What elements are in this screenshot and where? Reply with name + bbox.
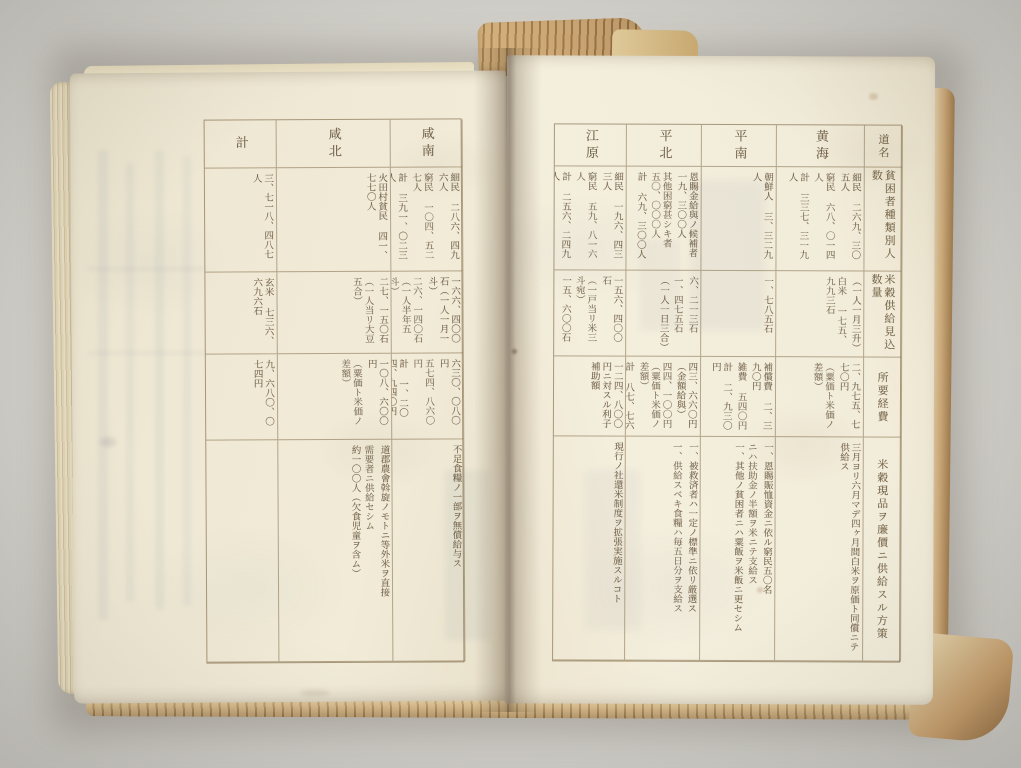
- row-header-cost: 所要経費: [864, 357, 902, 437]
- text-line: 一、供給スベキ食糧ハ毎五日分ヲ支給ス: [670, 442, 682, 655]
- row-header-population: 貧困者種類別人数: [864, 167, 902, 271]
- row-header-label: 米穀供給見込数量: [870, 273, 896, 355]
- text-line: 計 二、九三〇円: [708, 362, 732, 431]
- cell-pyeongnam-supply: 一、七八五石: [701, 271, 776, 357]
- row-header-policy: 米穀現品ヲ廉價ニ供給スル方策: [863, 437, 902, 661]
- cell-text: 細民 二八六、四九六人窮民 一〇四、五二七人計 三九一、〇二三人: [391, 167, 463, 270]
- text-line: （一人当リ大豆五合）: [350, 277, 374, 348]
- text-line: 計 六九、三〇〇人: [634, 172, 646, 265]
- text-line: 五七四、八六〇円: [411, 358, 435, 433]
- text-line: 一、恩賜賑恤資金ニ依ル窮民五〇名: [759, 442, 773, 655]
- text-line: （粟価ト米価ノ差額）: [811, 362, 834, 431]
- cell-gangwon-name: 江原: [555, 124, 627, 166]
- cell-text: 九、六八〇、〇七四円: [206, 354, 277, 439]
- text-line: 補償費 二、三九〇円: [749, 362, 773, 431]
- text-line: 一、其他ノ貧困者ニハ粟飯ヲ米飯ニ更セシム: [730, 442, 744, 655]
- cell-text: 三、七一八、四八七人: [205, 168, 277, 271]
- row-header-label: 道名: [877, 133, 890, 159]
- cell-text: 一二四、八〇〇円ニ対スル利子補助額: [554, 356, 625, 435]
- text-line: 計 一、二〇四、九四〇円: [392, 359, 408, 434]
- cell-text: 六三〇、〇八〇円五七四、八六〇円計 一、二〇四、九四〇円: [392, 353, 463, 438]
- cell-pyeongbuk-supply: 六、二一三石一、四七五石（一人一日三合）: [626, 271, 701, 357]
- cell-hamnam-population: 細民 二八六、四九六人窮民 一〇四、五二七人計 三九一、〇二三人: [391, 167, 464, 271]
- text-line: 一、七八五石: [760, 276, 772, 351]
- cell-text: 一、七八五石: [701, 271, 775, 356]
- row-header-province: 道名: [865, 125, 903, 167]
- text-line: 一、四七五石: [671, 276, 683, 351]
- text-line: 其他困窮甚シキ者 五〇、〇〇〇人: [649, 172, 672, 265]
- text-line: 玄米 七三六、六九六石: [251, 277, 274, 348]
- cell-text: 火田村貧民 四一、七七〇人: [277, 168, 391, 272]
- text-line: 三月ヨリ六月マデ四ヶ月間白米ヲ原価ト同償ニテ供給ス: [835, 442, 860, 655]
- text-line: 六、二一三石: [685, 276, 697, 351]
- province-name: 江原: [581, 128, 600, 162]
- cell-pyeongbuk-population: 恩賜金給與ノ候補者 一九、三〇〇人其他困窮甚シキ者 五〇、〇〇〇人計 六九、三〇…: [626, 167, 701, 271]
- text-line: 雑費 五四〇円: [734, 362, 746, 431]
- text-line: 二、九七五、七七〇円: [837, 362, 861, 431]
- photograph: 江原 平北 平南 黄海 道名 細民 一九六、四三三人窮民 五九、八一六人計 二五…: [0, 0, 1021, 768]
- cell-total-population: 三、七一八、四八七人: [205, 168, 278, 272]
- row-header-label: 貧困者種類別人数: [870, 170, 896, 269]
- text-line: 細民 二六九、三〇五人: [837, 172, 861, 265]
- text-line: （一人一日三合）: [656, 276, 668, 351]
- province-name: 黄海: [811, 129, 830, 163]
- cell-hwanghae-policy: 三月ヨリ六月マデ四ヶ月間白米ヲ原価ト同償ニテ供給ス: [775, 437, 864, 661]
- left-page-table: 計 咸北 咸南 三、七一八、四八七人 火田村貧民 四一、七七〇人 細民 二八六、…: [204, 118, 465, 663]
- row-header-label: 米穀現品ヲ廉價ニ供給スル方策: [875, 458, 889, 640]
- cell-hwanghae-population: 細民 二六九、三〇五人窮民 六八、〇一四人計 三三七、三一九人: [776, 167, 864, 271]
- cell-hambuk-supply: 二七、一五〇石（一人当リ大豆五合）: [277, 272, 391, 355]
- text-line: 窮民 六八、〇一四人: [812, 172, 835, 265]
- text-line: 細民 二八六、四九六人: [436, 172, 459, 265]
- text-line: 道郡農會斡旋ノモトニ等外米ヲ直接: [377, 445, 389, 656]
- cell-text: 補償費 二、三九〇円雑費 五四〇円計 二、九三〇円: [701, 357, 775, 436]
- cell-pyeongbuk-cost: 四三、六六〇円（金額給與）四四、一〇〇円（粟価ト米価ノ差額）計 八七、七六〇円: [626, 357, 701, 437]
- text-line: 一五六、四〇〇石: [599, 275, 623, 350]
- cell-text: 四三、六六〇円（金額給與）四四、一〇〇円（粟価ト米価ノ差額）計 八七、七六〇円: [626, 357, 700, 436]
- cell-text: 恩賜金給與ノ候補者 一九、三〇〇人其他困窮甚シキ者 五〇、〇〇〇人計 六九、三〇…: [626, 167, 700, 270]
- cell-text: [206, 440, 278, 661]
- text-line: 四三、六六〇円（金額給與）: [674, 362, 698, 431]
- text-line: ニハ扶助金ノ半額ヲ米ニテ支給ス: [745, 442, 757, 655]
- text-line: （一人一月三升）: [848, 276, 860, 351]
- text-line: 一二四、八〇〇円ニ対スル利子補助額: [587, 361, 622, 430]
- province-name: 平南: [729, 129, 748, 163]
- province-name: 咸北: [324, 126, 343, 160]
- cell-hwanghae-name: 黄海: [777, 125, 865, 167]
- cell-text: （一人一月三升）白米 一七五、九九三石: [776, 271, 863, 356]
- text-line: 一〇八、六〇〇円: [365, 359, 388, 434]
- text-line: 四四、一〇〇円（粟価ト米価ノ差額）: [636, 362, 671, 431]
- cell-hambuk-name: 咸北: [277, 120, 391, 169]
- cell-total-supply: 玄米 七三六、六九六石: [205, 272, 277, 354]
- cell-text: 一、恩賜賑恤資金ニ依ル窮民五〇名ニハ扶助金ノ半額ヲ米ニテ支給ス一、其他ノ貧困者ニ…: [700, 437, 775, 660]
- text-line: 朝鮮人 三、三二九人: [749, 172, 773, 265]
- cell-text: 玄米 七三六、六九六石: [205, 272, 276, 353]
- cell-total-cost: 九、六八〇、〇七四円: [206, 354, 278, 440]
- text-line: （一戸当リ米三斗宛）: [573, 275, 596, 350]
- text-line: 計 三三七、三一九人: [785, 172, 809, 265]
- text-line: 不足食糧ノ一部ヲ無償給与ス: [449, 444, 461, 655]
- cell-text: 現行ノ社還米制度ヲ拡張実施スルコト: [553, 436, 625, 659]
- cell-text: 細民 二六九、三〇五人窮民 六八、〇一四人計 三三七、三一九人: [776, 167, 863, 270]
- text-line: 約一〇〇人（欠食児童ヲ含ム）: [348, 445, 360, 656]
- cell-hamnam-name: 咸南: [391, 119, 463, 167]
- right-page-table: 江原 平北 平南 黄海 道名 細民 一九六、四三三人窮民 五九、八一六人計 二五…: [552, 123, 902, 662]
- cell-hamnam-policy: 不足食糧ノ一部ヲ無償給与ス: [392, 439, 465, 661]
- text-line: 白米 一七五、九九三石: [823, 276, 846, 351]
- text-line: （粟価ト米価ノ差額）: [339, 359, 363, 434]
- cell-pyeongbuk-name: 平北: [627, 125, 702, 167]
- cell-hambuk-policy: 道郡農會斡旋ノモトニ等外米ヲ直接需要者ニ供給セシム約一〇〇人（欠食児童ヲ含ム）: [278, 440, 393, 663]
- text-line: 一六六、四〇〇石（一人一月一斗）: [425, 276, 460, 347]
- cell-text: 一、被救済者ハ一定ノ標準ニ依リ厳選ス一、供給スベキ食糧ハ毎五日分ヲ支給ス: [625, 437, 700, 660]
- cell-text: 三月ヨリ六月マデ四ヶ月間白米ヲ原価ト同償ニテ供給ス: [775, 437, 863, 660]
- cell-text: 細民 一九六、四三三人窮民 五九、八一六人計 二五六、二四九人（八五、六四五戸）: [554, 166, 625, 269]
- cell-text: 一六六、四〇〇石（一人一月一斗）二六、一四〇石（一人半年五斗）: [391, 271, 462, 352]
- cell-gangwon-policy: 現行ノ社還米制度ヲ拡張実施スルコト: [553, 436, 626, 660]
- text-line: 需要者ニ供給セシム: [362, 445, 376, 656]
- cell-pyeongnam-name: 平南: [702, 125, 777, 167]
- text-line: 窮民 一〇四、五二七人: [410, 172, 434, 265]
- text-line: 窮民 五九、八一六人: [574, 171, 597, 264]
- cell-gangwon-supply: 一五六、四〇〇石（一戸当リ米三斗宛）一五、六〇〇石: [554, 270, 626, 356]
- cell-text: 一〇八、六〇〇円（粟価ト米価ノ差額）: [278, 354, 391, 440]
- cell-text: 道郡農會斡旋ノモトニ等外米ヲ直接需要者ニ供給セシム約一〇〇人（欠食児童ヲ含ム）: [278, 440, 392, 662]
- text-line: 現行ノ社還米制度ヲ拡張実施スルコト: [609, 442, 623, 655]
- cell-text: 一五六、四〇〇石（一戸当リ米三斗宛）一五、六〇〇石: [554, 270, 625, 355]
- cell-text: 二、九七五、七七〇円（粟価ト米価ノ差額）: [776, 357, 863, 436]
- text-line: 計 八七、七六〇円: [626, 362, 634, 431]
- cell-pyeongnam-policy: 一、恩賜賑恤資金ニ依ル窮民五〇名ニハ扶助金ノ半額ヲ米ニテ支給ス一、其他ノ貧困者ニ…: [700, 437, 776, 661]
- text-line: 九、六八〇、〇七四円: [251, 359, 274, 434]
- cell-hwanghae-supply: （一人一月三升）白米 一七五、九九三石: [776, 271, 864, 357]
- cell-pyeongnam-population: 朝鮮人 三、三二九人: [701, 167, 776, 271]
- cell-text: 不足食糧ノ一部ヲ無償給与ス: [392, 439, 464, 660]
- cell-hambuk-population: 火田村貧民 四一、七七〇人: [277, 168, 392, 273]
- cell-pyeongnam-cost: 補償費 二、三九〇円雑費 五四〇円計 二、九三〇円: [701, 357, 776, 437]
- text-line: 恩賜金給與ノ候補者 一九、三〇〇人: [674, 172, 698, 265]
- cell-total-name: 計: [205, 120, 277, 168]
- text-line: 火田村貧民 四一、七七〇人: [364, 173, 387, 266]
- cell-hambuk-cost: 一〇八、六〇〇円（粟価ト米価ノ差額）: [278, 354, 392, 441]
- cell-total-policy: [206, 440, 279, 662]
- cell-hwanghae-cost: 二、九七五、七七〇円（粟価ト米価ノ差額）: [776, 357, 864, 437]
- cell-hamnam-cost: 六三〇、〇八〇円五七四、八六〇円計 一、二〇四、九四〇円: [392, 353, 464, 439]
- text-line: 細民 一九六、四三三人: [599, 171, 623, 264]
- text-line: 六三〇、〇八〇円: [437, 358, 460, 433]
- text-line: 二七、一五〇石: [376, 277, 388, 348]
- text-line: 計 二五六、二四九人: [554, 171, 571, 264]
- text-line: 一、被救済者ハ一定ノ標準ニ依リ厳選ス: [684, 442, 698, 655]
- text-line: 三、七一八、四八七人: [250, 173, 273, 266]
- row-header-label: 所要経費: [876, 371, 889, 423]
- cell-gangwon-cost: 一二四、八〇〇円ニ対スル利子補助額: [554, 356, 626, 436]
- text-line: 計 三九一、〇二三人: [391, 173, 407, 266]
- row-header-supply: 米穀供給見込数量: [864, 271, 902, 357]
- cell-pyeongbuk-policy: 一、被救済者ハ一定ノ標準ニ依リ厳選ス一、供給スベキ食糧ハ毎五日分ヲ支給ス: [625, 437, 701, 661]
- province-name: 咸南: [417, 126, 436, 160]
- cell-hamnam-supply: 一六六、四〇〇石（一人一月一斗）二六、一四〇石（一人半年五斗）: [391, 271, 463, 353]
- cell-text: 六、二一三石一、四七五石（一人一日三合）: [626, 271, 700, 356]
- cell-text: 朝鮮人 三、三二九人: [701, 167, 775, 270]
- text-line: 二六、一四〇石（一人半年五斗）: [391, 276, 422, 347]
- cell-gangwon-population: 細民 一九六、四三三人窮民 五九、八一六人計 二五六、二四九人（八五、六四五戸）: [554, 166, 626, 270]
- province-name: 計: [231, 135, 250, 152]
- cell-text: 二七、一五〇石（一人当リ大豆五合）: [277, 272, 390, 354]
- text-line: 一五、六〇〇石: [558, 275, 570, 350]
- province-name: 平北: [654, 128, 673, 162]
